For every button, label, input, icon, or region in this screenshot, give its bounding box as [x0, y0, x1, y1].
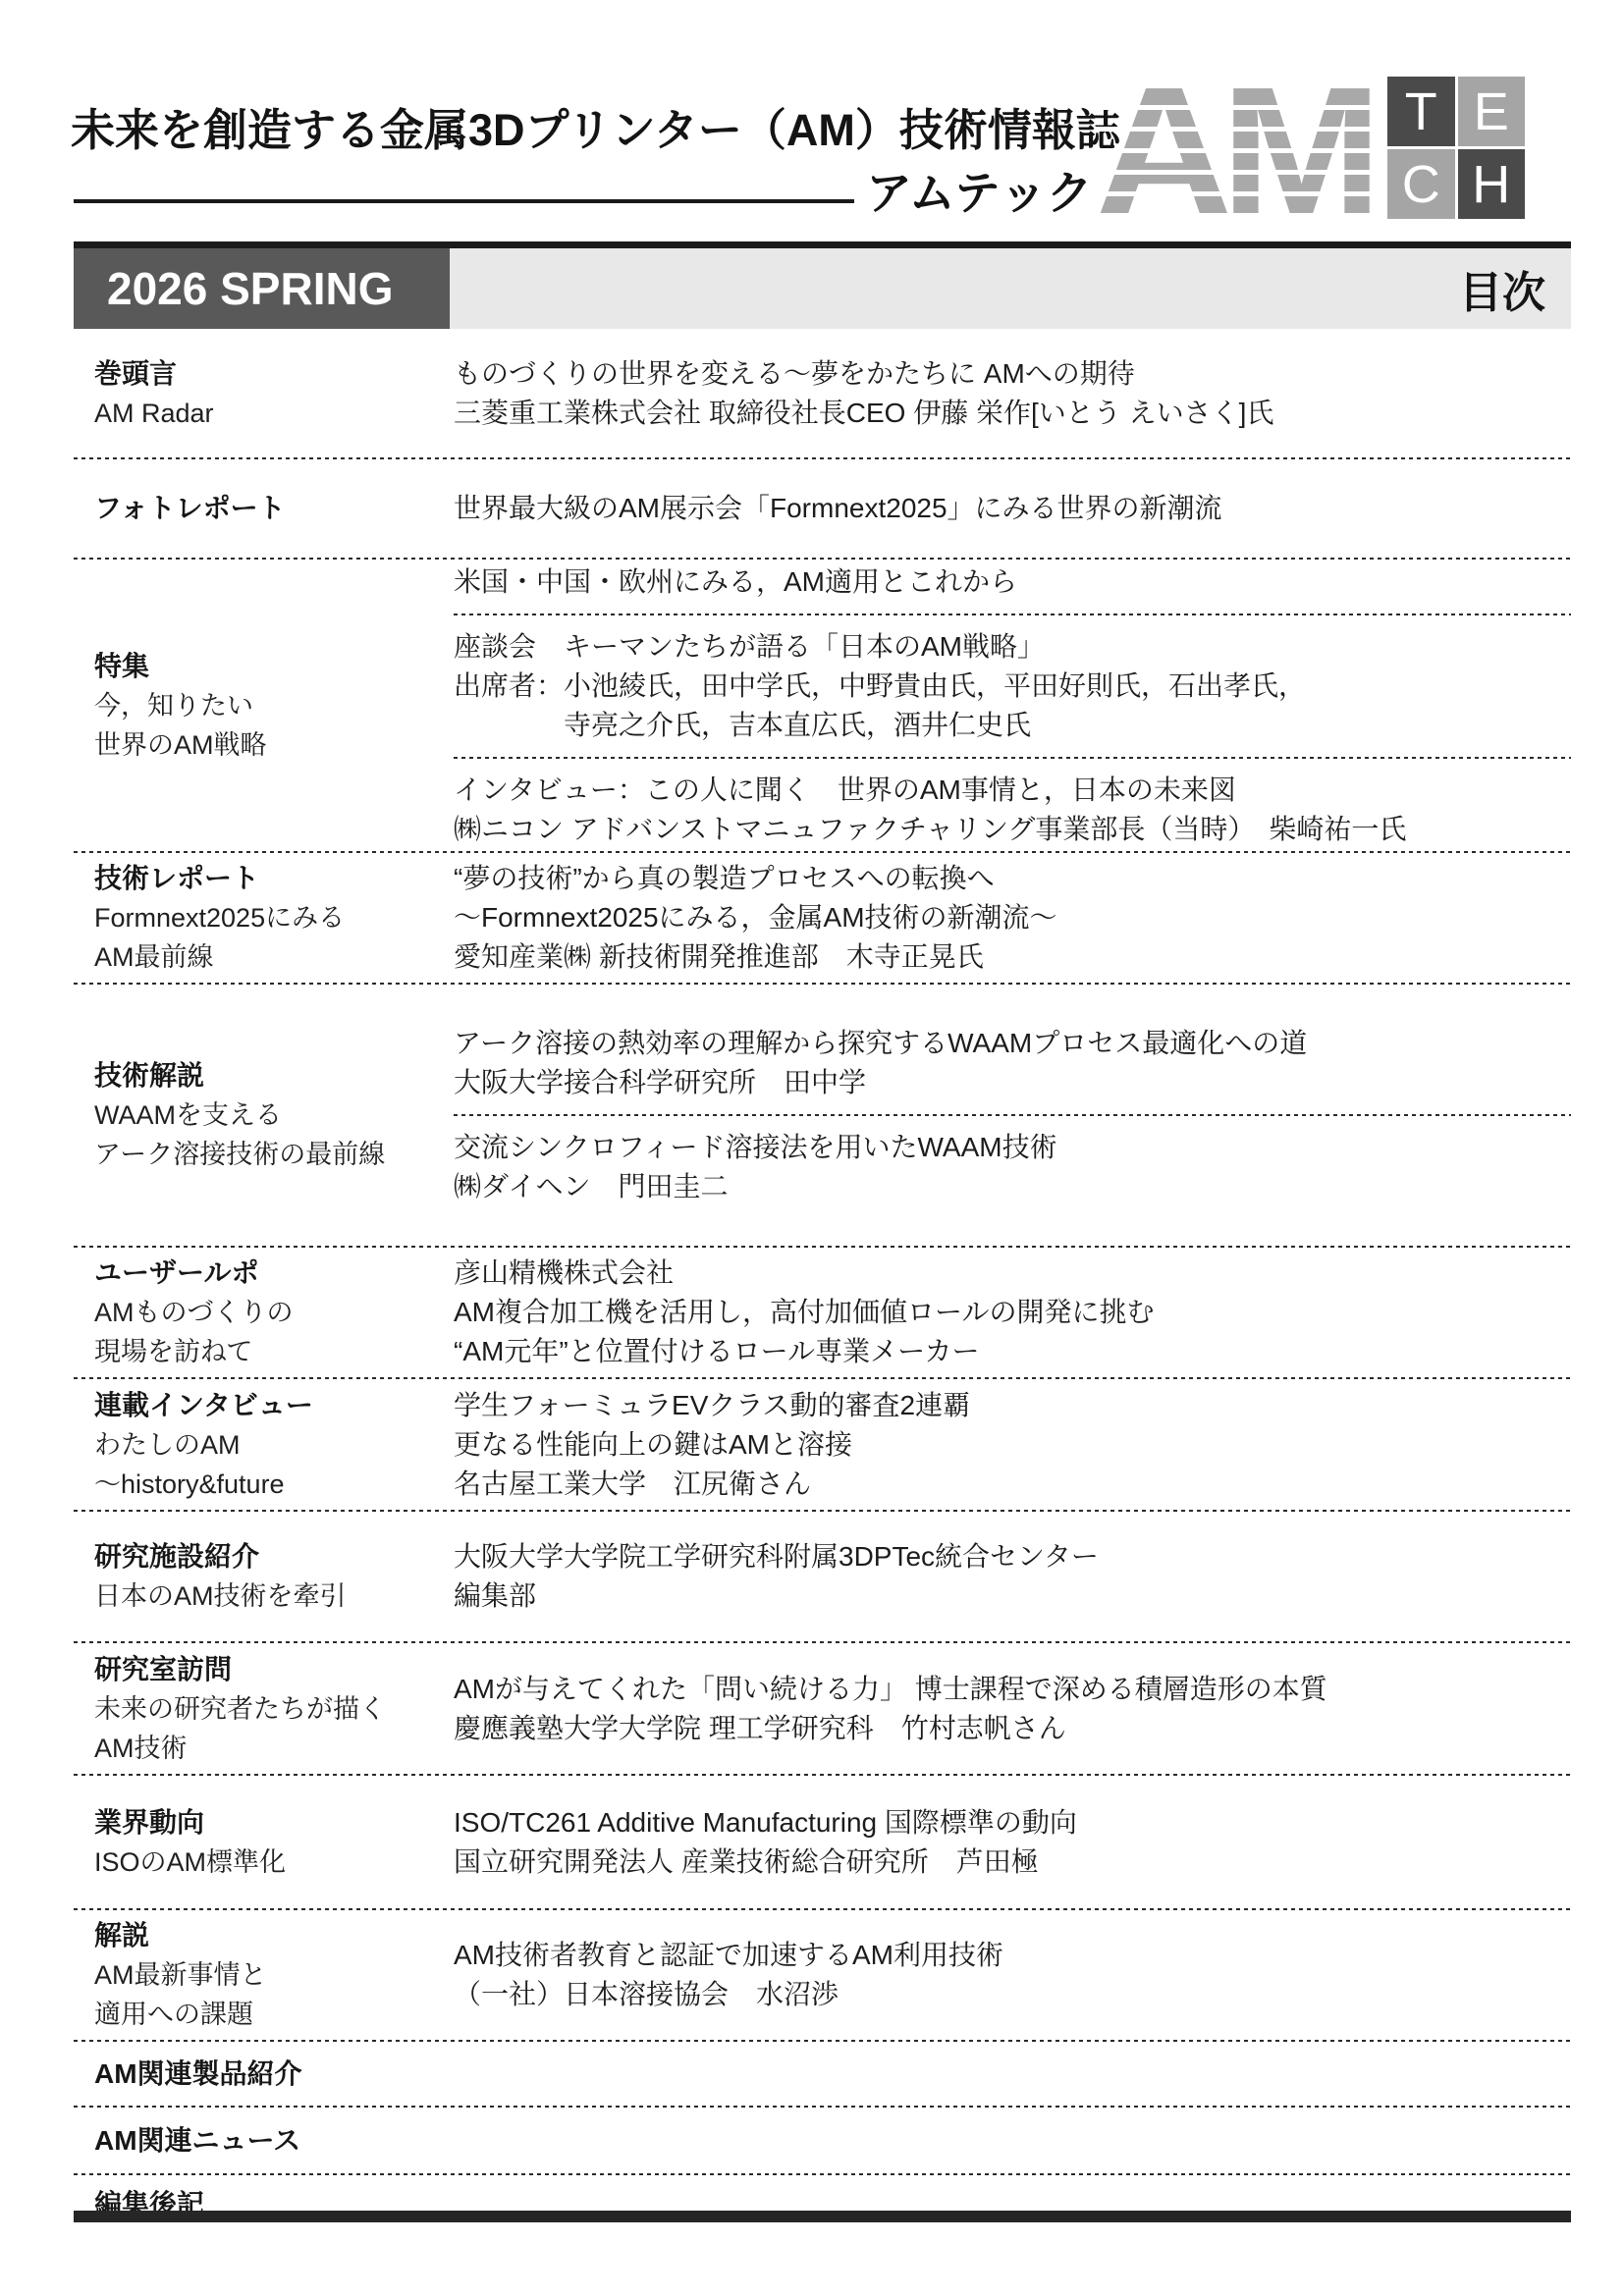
tech-logo-letter-e: E [1458, 77, 1526, 146]
am-logo-layer-stripes [1094, 67, 1384, 220]
toc-item-line: 更なる性能向上の鍵はAMと溶接 [454, 1425, 1571, 1465]
toc-item: 彦山精機株式会社AM複合加工機を活用し，高付加価値ロールの開発に挑む“AM元年”… [454, 1254, 1571, 1371]
section-heading: 業界動向ISOのAM標準化 [74, 1803, 454, 1882]
tech-logo-letter-t: T [1387, 77, 1455, 146]
section-heading: 解説AM最新事情と適用への課題 [74, 1916, 454, 2034]
section-title: AM関連ニュース [94, 2121, 454, 2161]
section-subheading-line: 日本のAM技術を牽引 [94, 1576, 454, 1616]
section-title: 巻頭言 [94, 354, 454, 394]
section-heading: 巻頭言AM Radar [74, 354, 454, 433]
toc-item-line: 出席者：小池綾氏，田中学氏，中野貴由氏，平田好則氏，石出孝氏， [454, 667, 1571, 706]
tech-logo-letter-h: H [1458, 149, 1526, 219]
section-subheading-line: ISOのAM標準化 [94, 1842, 454, 1882]
section-subheading-line: 未来の研究者たちが描く [94, 1689, 454, 1729]
section-heading: AM関連ニュース [74, 2121, 454, 2161]
section-subheading-line: ～history&future [94, 1465, 454, 1504]
toc-item: 大阪大学大学院工学研究科附属3DPTec統合センター編集部 [454, 1537, 1571, 1616]
am-logo: AM [1094, 67, 1384, 220]
section-title: 解説 [94, 1916, 454, 1955]
toc-section: 特集今，知りたい世界のAM戦略米国・中国・欧州にみる，AM適用とこれから座談会 … [74, 560, 1571, 851]
toc-section: 技術解説WAAMを支えるアーク溶接技術の最前線アーク溶接の熱効率の理解から探究す… [74, 985, 1571, 1246]
section-items: AM技術者教育と認証で加速するAM利用技術（一社）日本溶接協会 水沼渉 [454, 1936, 1571, 2014]
toc-section: ユーザールポAMものづくりの現場を訪ねて彦山精機株式会社AM複合加工機を活用し，… [74, 1248, 1571, 1377]
section-subheading-line: AMものづくりの [94, 1293, 454, 1332]
toc-item-line: AM複合加工機を活用し，高付加価値ロールの開発に挑む [454, 1293, 1571, 1332]
toc-item: 米国・中国・欧州にみる，AM適用とこれから [454, 562, 1571, 602]
toc-item-line: AM技術者教育と認証で加速するAM利用技術 [454, 1936, 1571, 1975]
toc-item-line: （一社）日本溶接協会 水沼渉 [454, 1975, 1571, 2014]
toc-section: フォトレポート世界最大級のAM展示会「Formnext2025」にみる世界の新潮… [74, 459, 1571, 558]
tech-logo-grid: T E C H [1387, 77, 1525, 219]
toc-item-line: ㈱ダイヘン 門田圭二 [454, 1167, 1571, 1206]
toc-section: 巻頭言AM Radarものづくりの世界を変える～夢をかたちに AMへの期待三菱重… [74, 329, 1571, 457]
section-items: アーク溶接の熱効率の理解から探究するWAAMプロセス最適化への道大阪大学接合科学… [454, 1024, 1571, 1206]
section-items: 米国・中国・欧州にみる，AM適用とこれから座談会 キーマンたちが語る「日本のAM… [454, 562, 1571, 849]
item-separator [454, 1114, 1571, 1116]
toc-item: 学生フォーミュラEVクラス動的審査2連覇更なる性能向上の鍵はAMと溶接名古屋工業… [454, 1386, 1571, 1504]
toc-item: アーク溶接の熱効率の理解から探究するWAAMプロセス最適化への道大阪大学接合科学… [454, 1024, 1571, 1102]
toc-item: 座談会 キーマンたちが語る「日本のAM戦略」出席者：小池綾氏，田中学氏，中野貴由… [454, 627, 1571, 745]
section-items: ものづくりの世界を変える～夢をかたちに AMへの期待三菱重工業株式会社 取締役社… [454, 354, 1571, 433]
section-subheading-line: AM最新事情と [94, 1955, 454, 1995]
section-heading: 研究施設紹介日本のAM技術を牽引 [74, 1537, 454, 1616]
toc-item-line: 三菱重工業株式会社 取締役社長CEO 伊藤 栄作[いとう えいさく]氏 [454, 394, 1571, 433]
toc-section: 連載インタビューわたしのAM～history&future学生フォーミュラEVク… [74, 1379, 1571, 1510]
toc-item-line: 寺亮之介氏，吉本直広氏，酒井仁史氏 [454, 706, 1571, 745]
section-title: AM関連製品紹介 [94, 2055, 454, 2094]
banner-top-line [74, 241, 1571, 248]
section-title: 連載インタビュー [94, 1386, 454, 1425]
toc-item: インタビュー：この人に聞く 世界のAM事情と，日本の未来図㈱ニコン アドバンスト… [454, 771, 1571, 849]
section-title: 技術レポート [94, 859, 454, 898]
section-title: 研究室訪問 [94, 1650, 454, 1689]
toc-section: 編集後記 [74, 2175, 1571, 2234]
issue-banner: 2026 SPRING 目次 [74, 241, 1571, 329]
toc-item: ものづくりの世界を変える～夢をかたちに AMへの期待三菱重工業株式会社 取締役社… [454, 354, 1571, 433]
toc-item-line: AMが与えてくれた「問い続ける力」 博士課程で深める積層造形の本質 [454, 1670, 1571, 1709]
toc-item-line: アーク溶接の熱効率の理解から探究するWAAMプロセス最適化への道 [454, 1024, 1571, 1063]
section-heading: 技術レポートFormnext2025にみるAM最前線 [74, 859, 454, 977]
section-subheading-line: WAAMを支える [94, 1095, 454, 1135]
toc-section: 業界動向ISOのAM標準化ISO/TC261 Additive Manufact… [74, 1776, 1571, 1908]
section-subheading-line: AM最前線 [94, 937, 454, 977]
section-subheading-line: 世界のAM戦略 [94, 725, 454, 765]
toc-item-line: 学生フォーミュラEVクラス動的審査2連覇 [454, 1386, 1571, 1425]
toc-section: 研究室訪問未来の研究者たちが描くAM技術AMが与えてくれた「問い続ける力」 博士… [74, 1643, 1571, 1774]
magazine-name-kana: アムテック [866, 157, 1093, 223]
section-heading: 連載インタビューわたしのAM～history&future [74, 1386, 454, 1504]
section-items: ISO/TC261 Additive Manufacturing 国際標準の動向… [454, 1803, 1571, 1882]
toc-item-line: “AM元年”と位置付けるロール専業メーカー [454, 1332, 1571, 1371]
toc-item: 交流シンクロフィード溶接法を用いたWAAM技術㈱ダイヘン 門田圭二 [454, 1128, 1571, 1206]
section-title: ユーザールポ [94, 1254, 454, 1293]
toc-item-line: ISO/TC261 Additive Manufacturing 国際標準の動向 [454, 1803, 1571, 1842]
toc-item-line: 交流シンクロフィード溶接法を用いたWAAM技術 [454, 1128, 1571, 1167]
toc-item: AM技術者教育と認証で加速するAM利用技術（一社）日本溶接協会 水沼渉 [454, 1936, 1571, 2014]
issue-label: 2026 SPRING [74, 248, 450, 329]
section-subheading-line: AM技術 [94, 1729, 454, 1768]
item-separator [454, 614, 1571, 615]
section-items: 学生フォーミュラEVクラス動的審査2連覇更なる性能向上の鍵はAMと溶接名古屋工業… [454, 1386, 1571, 1504]
toc-item-line: ものづくりの世界を変える～夢をかたちに AMへの期待 [454, 354, 1571, 394]
toc-title: 目次 [1459, 257, 1571, 320]
toc-item-line: 名古屋工業大学 江尻衛さん [454, 1465, 1571, 1504]
toc-item-line: 世界最大級のAM展示会「Formnext2025」にみる世界の新潮流 [454, 489, 1571, 528]
toc-item-line: ～Formnext2025にみる，金属AM技術の新潮流～ [454, 898, 1571, 937]
toc-item-line: 慶應義塾大学大学院 理工学研究科 竹村志帆さん [454, 1709, 1571, 1748]
section-subheading-line: わたしのAM [94, 1425, 454, 1465]
toc-item-line: 編集部 [454, 1576, 1571, 1616]
section-heading: 研究室訪問未来の研究者たちが描くAM技術 [74, 1650, 454, 1768]
section-heading: 特集今，知りたい世界のAM戦略 [74, 647, 454, 765]
section-heading: 技術解説WAAMを支えるアーク溶接技術の最前線 [74, 1056, 454, 1174]
section-subheading-line: Formnext2025にみる [94, 898, 454, 937]
section-heading: フォトレポート [74, 489, 454, 528]
toc-item-line: 国立研究開発法人 産業技術総合研究所 芦田極 [454, 1842, 1571, 1882]
section-items: 彦山精機株式会社AM複合加工機を活用し，高付加価値ロールの開発に挑む“AM元年”… [454, 1254, 1571, 1371]
section-title: 特集 [94, 647, 454, 686]
section-items: “夢の技術”から真の製造プロセスへの転換へ～Formnext2025にみる，金属… [454, 859, 1571, 977]
toc-item: 世界最大級のAM展示会「Formnext2025」にみる世界の新潮流 [454, 489, 1571, 528]
toc-list: 巻頭言AM Radarものづくりの世界を変える～夢をかたちに AMへの期待三菱重… [74, 329, 1571, 2234]
toc-item-line: 彦山精機株式会社 [454, 1254, 1571, 1293]
section-subheading-line: 適用への課題 [94, 1995, 454, 2034]
toc-item-line: 米国・中国・欧州にみる，AM適用とこれから [454, 562, 1571, 602]
section-heading: ユーザールポAMものづくりの現場を訪ねて [74, 1254, 454, 1371]
section-items: AMが与えてくれた「問い続ける力」 博士課程で深める積層造形の本質慶應義塾大学大… [454, 1670, 1571, 1748]
toc-item-line: “夢の技術”から真の製造プロセスへの転換へ [454, 859, 1571, 898]
tech-logo-letter-c: C [1387, 149, 1455, 219]
toc-section: 研究施設紹介日本のAM技術を牽引大阪大学大学院工学研究科附属3DPTec統合セン… [74, 1512, 1571, 1641]
toc-item-line: インタビュー：この人に聞く 世界のAM事情と，日本の未来図 [454, 771, 1571, 810]
toc-item: AMが与えてくれた「問い続ける力」 博士課程で深める積層造形の本質慶應義塾大学大… [454, 1670, 1571, 1748]
toc-section: 解説AM最新事情と適用への課題AM技術者教育と認証で加速するAM利用技術（一社）… [74, 1910, 1571, 2040]
toc-section: AM関連ニュース [74, 2108, 1571, 2173]
section-subheading-line: アーク溶接技術の最前線 [94, 1135, 454, 1174]
toc-page: 未来を創造する金属3Dプリンター（AM）技術情報誌 アムテック AM T E C… [0, 0, 1624, 2296]
toc-item-line: 大阪大学大学院工学研究科附属3DPTec統合センター [454, 1537, 1571, 1576]
magazine-tagline: 未来を創造する金属3Dプリンター（AM）技術情報誌 [71, 94, 1120, 158]
bottom-rule [74, 2211, 1571, 2222]
section-subheading-line: 今，知りたい [94, 686, 454, 725]
toc-item-line: 大阪大学接合科学研究所 田中学 [454, 1063, 1571, 1102]
section-items: 世界最大級のAM展示会「Formnext2025」にみる世界の新潮流 [454, 489, 1571, 528]
toc-item-line: 座談会 キーマンたちが語る「日本のAM戦略」 [454, 627, 1571, 667]
banner-band: 目次 [450, 248, 1571, 329]
toc-item: “夢の技術”から真の製造プロセスへの転換へ～Formnext2025にみる，金属… [454, 859, 1571, 977]
section-title: 技術解説 [94, 1056, 454, 1095]
toc-section: AM関連製品紹介 [74, 2042, 1571, 2106]
section-items: 大阪大学大学院工学研究科附属3DPTec統合センター編集部 [454, 1537, 1571, 1616]
section-subheading-line: AM Radar [94, 394, 454, 433]
toc-section: 技術レポートFormnext2025にみるAM最前線“夢の技術”から真の製造プロ… [74, 853, 1571, 983]
toc-item: ISO/TC261 Additive Manufacturing 国際標準の動向… [454, 1803, 1571, 1882]
header-rule [74, 199, 854, 203]
toc-item-line: ㈱ニコン アドバンストマニュファクチャリング事業部長（当時） 柴崎祐一氏 [454, 810, 1571, 849]
section-subheading-line: 現場を訪ねて [94, 1332, 454, 1371]
item-separator [454, 757, 1571, 759]
section-heading: AM関連製品紹介 [74, 2055, 454, 2094]
banner-body: 2026 SPRING 目次 [74, 248, 1571, 329]
section-title: フォトレポート [94, 489, 454, 528]
toc-item-line: 愛知産業㈱ 新技術開発推進部 木寺正晃氏 [454, 937, 1571, 977]
section-title: 研究施設紹介 [94, 1537, 454, 1576]
section-title: 業界動向 [94, 1803, 454, 1842]
